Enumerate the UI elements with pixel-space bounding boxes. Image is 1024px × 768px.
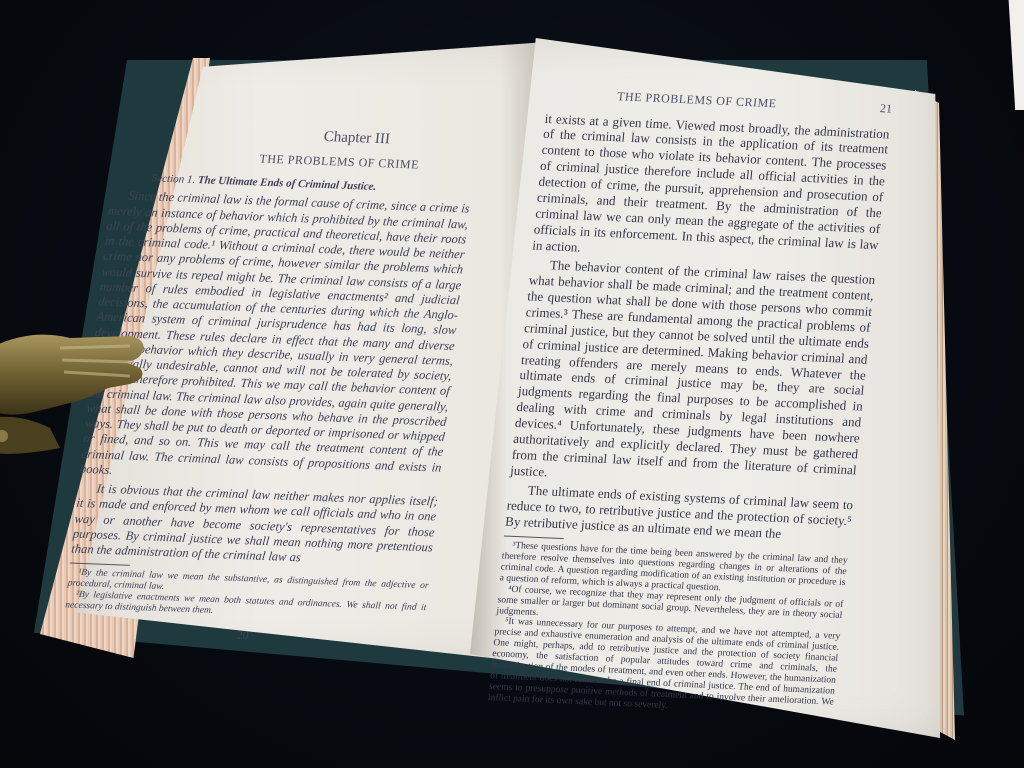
section-title: The Ultimate Ends of Criminal Justice. xyxy=(197,174,377,193)
brass-hand-bookmark-icon xyxy=(0,318,155,458)
right-page-text: THE PROBLEMS OF CRIME 21 it exists at a … xyxy=(487,86,892,719)
background-paper-corner xyxy=(1002,0,1024,110)
footnote-divider xyxy=(504,535,564,539)
photo-scene: Chapter III THE PROBLEMS OF CRIME Sectio… xyxy=(0,0,1024,768)
page-number: 21 xyxy=(879,101,892,116)
chapter-title: THE PROBLEMS OF CRIME xyxy=(204,150,475,175)
footnote: ⁵It was unnecessary for our purposes to … xyxy=(487,617,840,720)
paragraph: it exists at a given time. Viewed most b… xyxy=(532,111,891,269)
footnotes: ³These questions have for the time being… xyxy=(487,540,848,719)
footnote-divider xyxy=(70,563,130,566)
section-label: Section 1. xyxy=(151,172,196,186)
paragraph: The ultimate ends of existing systems of… xyxy=(505,482,854,545)
paragraph: It is obvious that the criminal law neit… xyxy=(71,481,439,571)
paragraph: The behavior content of the criminal law… xyxy=(510,257,876,494)
